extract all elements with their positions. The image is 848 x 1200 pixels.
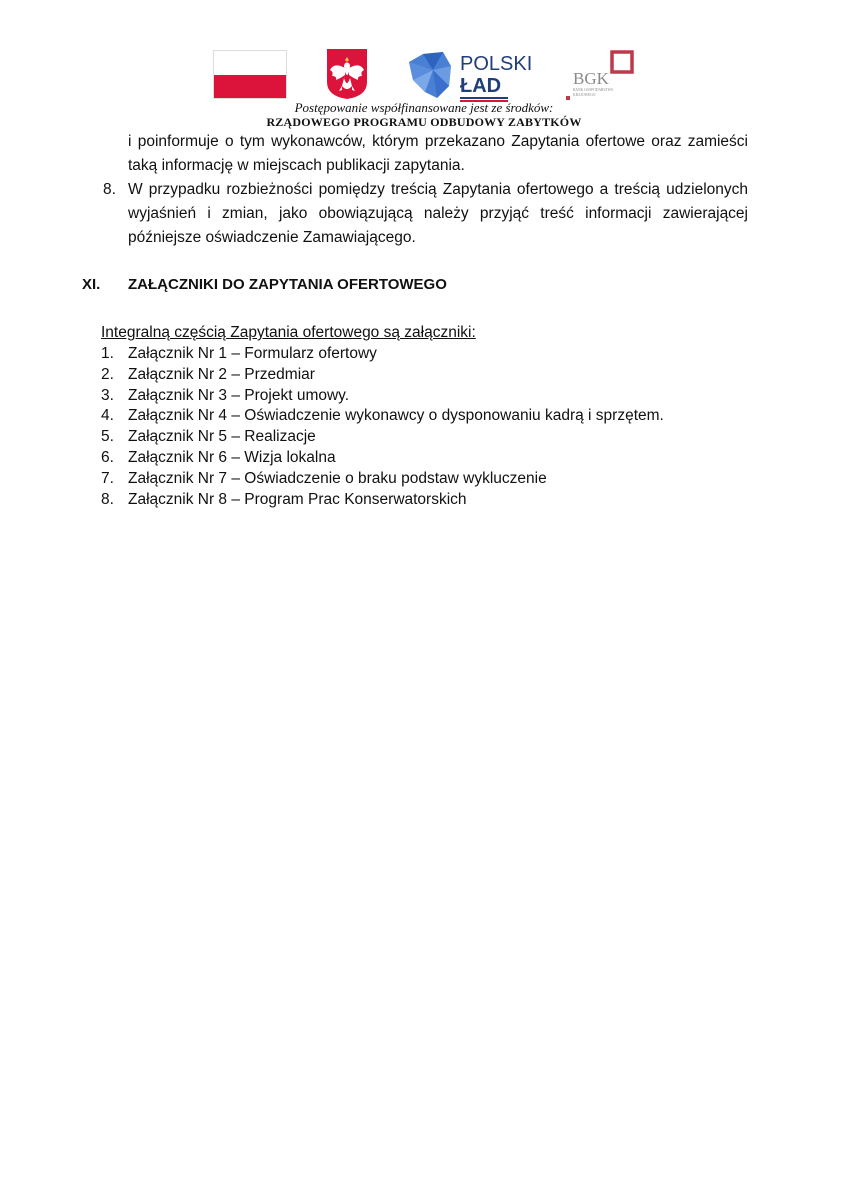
continuation-line-2: taką informację w miejscach publikacji z… [128, 157, 465, 175]
svg-text:KRAJOWEGO: KRAJOWEGO [573, 93, 596, 97]
svg-text:ŁAD: ŁAD [460, 75, 501, 97]
white-eagle-emblem-icon [326, 48, 368, 100]
point-8-line-3: późniejsze oświadczenie Zamawiającego. [128, 229, 416, 247]
section-number: XI. [82, 276, 100, 293]
attachments-intro: Integralną częścią Zapytania ofertowego … [101, 324, 476, 342]
funding-program: RZĄDOWEGO PROGRAMU ODBUDOWY ZABYTKÓW [0, 115, 848, 130]
svg-text:BANK GOSPODARSTWA: BANK GOSPODARSTWA [573, 88, 614, 92]
polski-lad-logo: POLSKI ŁAD [405, 48, 540, 106]
section-title: ZAŁĄCZNIKI DO ZAPYTANIA OFERTOWEGO [128, 276, 447, 293]
svg-text:BGK: BGK [573, 69, 610, 88]
continuation-line-1: i poinformuje o tym wykonawców, którym p… [128, 133, 748, 151]
polish-flag-icon [213, 50, 287, 99]
point-8-line-2: wyjaśnień i zmian, jako obowiązującą nal… [128, 205, 748, 223]
funding-statement: Postępowanie współfinansowane jest ze śr… [0, 100, 848, 116]
bgk-logo: BGK BANK GOSPODARSTWA KRAJOWEGO [565, 48, 645, 102]
svg-text:POLSKI: POLSKI [460, 53, 532, 75]
point-8-line-1: W przypadku rozbieżności pomiędzy treści… [128, 181, 748, 199]
point-8-number: 8. [103, 181, 116, 199]
document-header: POLSKI ŁAD BGK BANK GOSPODARSTWA KRAJOWE… [0, 0, 848, 130]
